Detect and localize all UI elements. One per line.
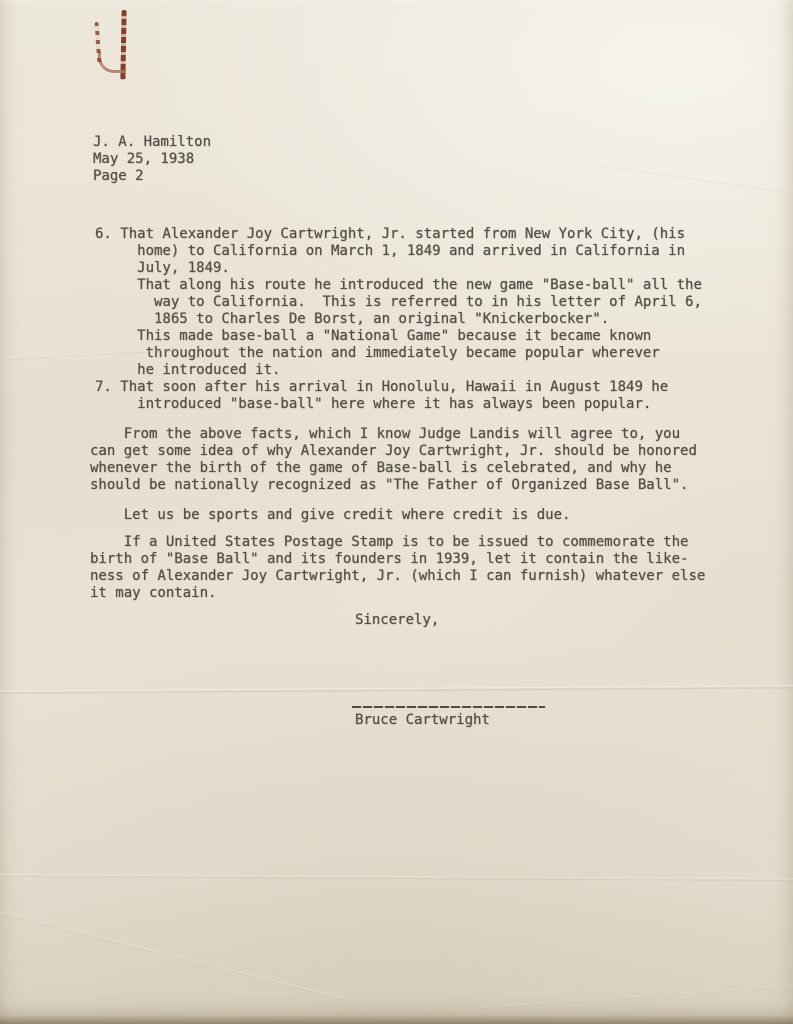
- header-page-number-line: Page 2: [93, 168, 144, 185]
- signature-line: [352, 706, 545, 708]
- page-bottom-edge-shadow: [0, 1015, 793, 1024]
- red-ink-mark: [93, 8, 137, 88]
- paper-crease: [601, 165, 793, 198]
- numbered-items-block: 6. That Alexander Joy Cartwright, Jr. st…: [95, 226, 702, 413]
- header-date-line: May 25, 1938: [93, 151, 194, 168]
- header-recipient-line: J. A. Hamilton: [93, 134, 211, 151]
- closing-sincerely: Sincerely,: [355, 612, 439, 629]
- paragraph-sports: Let us be sports and give credit where c…: [90, 507, 570, 524]
- paper-crease: [0, 874, 793, 881]
- signature-name: Bruce Cartwright: [355, 712, 490, 729]
- letter-page: J. A. Hamilton May 25, 1938 Page 2 6. Th…: [0, 0, 793, 1024]
- paper-crease: [0, 685, 793, 694]
- paragraph-facts: From the above facts, which I know Judge…: [90, 426, 697, 494]
- paper-crease: [480, 983, 793, 1009]
- paper-crease: [0, 906, 345, 1000]
- red-ink-mark-hook: [98, 52, 126, 73]
- paragraph-stamp: If a United States Postage Stamp is to b…: [90, 534, 705, 602]
